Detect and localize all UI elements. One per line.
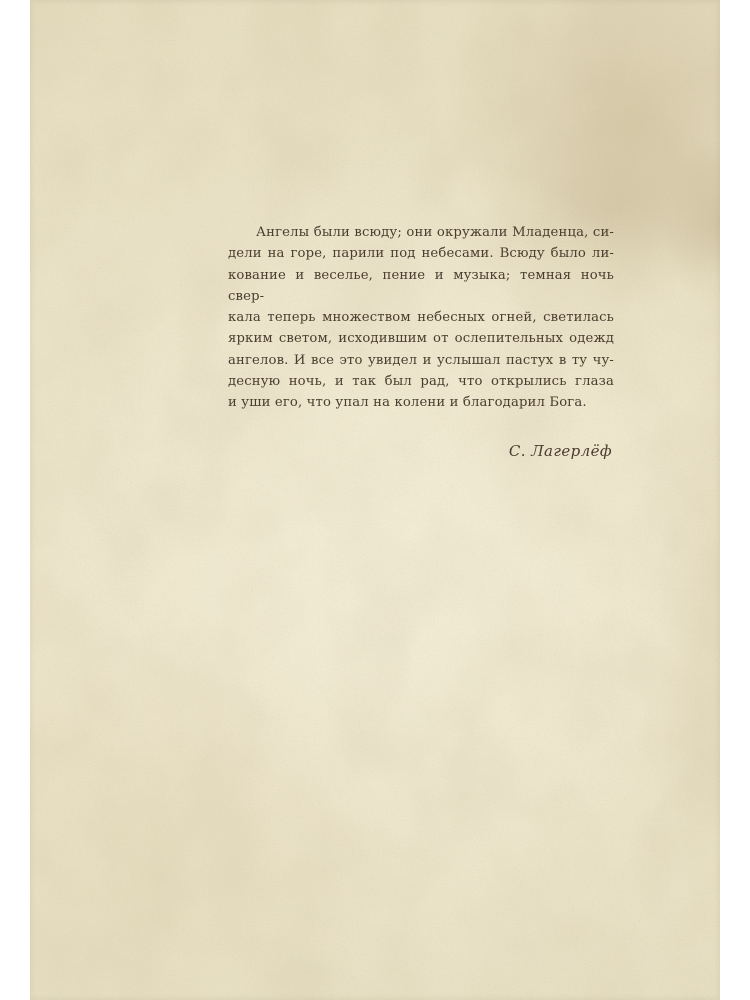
quote-line: Ангелы были всюду; они окружали Младенца… [228,222,614,243]
book-page: Ангелы были всюду; они окружали Младенца… [30,0,720,1000]
quote-line: ангелов. И все это увидел и услышал паст… [228,350,614,371]
quote-paragraph: Ангелы были всюду; они окружали Младенца… [228,222,614,460]
quote-line: кование и веселье, пение и музыка; темна… [228,265,614,308]
quote-line: кала теперь множеством небесных огней, с… [228,307,614,328]
quote-line: дели на горе, парили под небесами. Всюду… [228,243,614,264]
quote-line: ярким светом, исходившим от ослепительны… [228,328,614,349]
quote-line: десную ночь, и так был рад, что открылис… [228,371,614,392]
author-signature: С. Лагерлёф [228,442,614,460]
paper-texture [30,0,720,1000]
scanned-book-spread: Ангелы были всюду; они окружали Младенца… [0,0,750,1000]
quote-line: и уши его, что упал на колени и благодар… [228,392,614,413]
